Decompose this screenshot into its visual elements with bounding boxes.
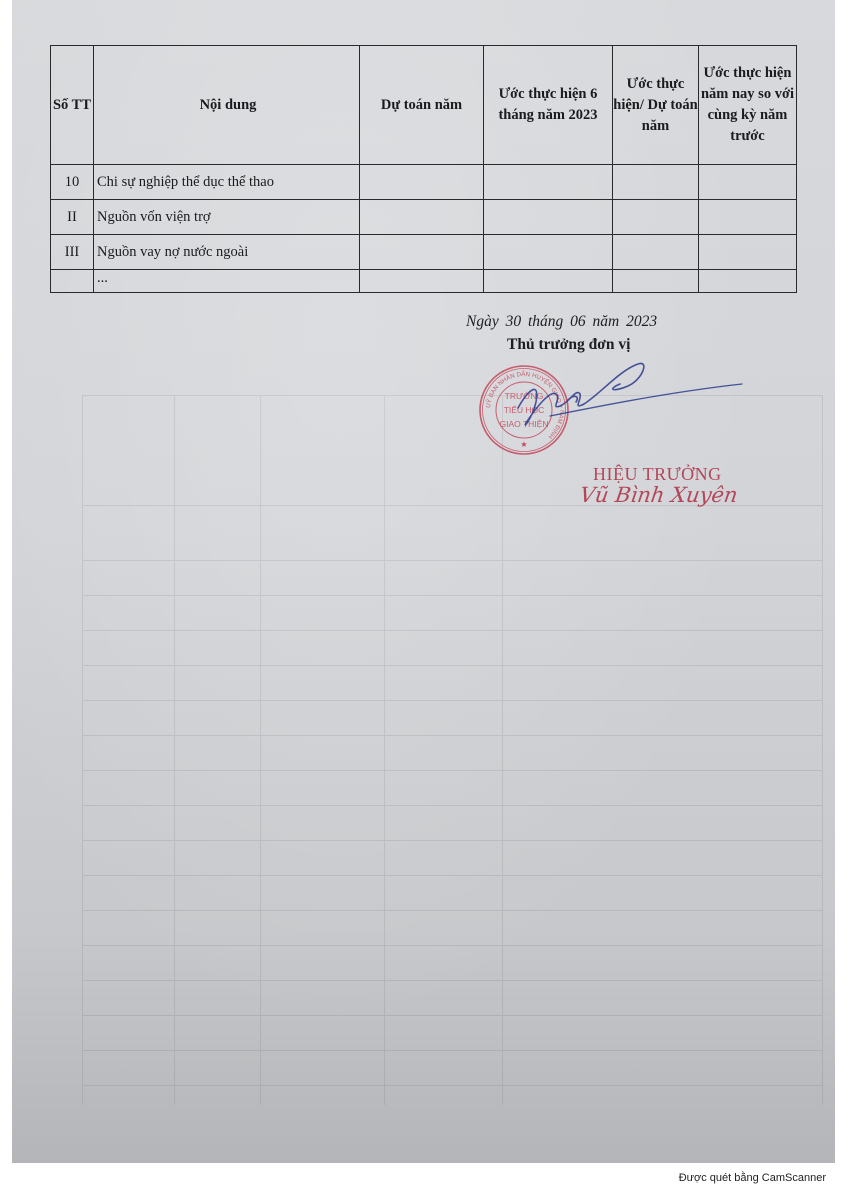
cell-uoc-du-toan [613, 235, 699, 270]
signer-role: HIỆU TRƯỞNG [593, 464, 722, 485]
scanner-credit: Được quét bằng CamScanner [679, 1172, 826, 1184]
cell-tt: II [51, 200, 94, 235]
cell-content: Chi sự nghiệp thể dục thể thao [94, 165, 360, 200]
cell-du-toan [360, 165, 484, 200]
header-noi-dung: Nội dung [94, 46, 360, 165]
cell-so-cung-ky [699, 235, 797, 270]
cell-tt: III [51, 235, 94, 270]
cell-content: Nguồn vốn viện trợ [94, 200, 360, 235]
cell-tt [51, 270, 94, 293]
cell-so-cung-ky [699, 165, 797, 200]
cell-uoc-6-thang [484, 235, 613, 270]
cell-uoc-du-toan [613, 270, 699, 293]
budget-table: Số TT Nội dung Dự toán năm Ước thực hiện… [50, 45, 797, 293]
cell-content: ... [94, 270, 360, 293]
signature-date: Ngày 30 tháng 06 năm 2023 [466, 313, 657, 331]
table-row: II Nguồn vốn viện trợ [51, 200, 797, 235]
header-du-toan-nam: Dự toán năm [360, 46, 484, 165]
table-row: III Nguồn vay nợ nước ngoài [51, 235, 797, 270]
header-so-cung-ky: Ước thực hiện năm nay so với cùng kỳ năm… [699, 46, 797, 165]
cell-tt: 10 [51, 165, 94, 200]
header-uoc-6-thang: Ước thực hiện 6 tháng năm 2023 [484, 46, 613, 165]
cell-du-toan [360, 235, 484, 270]
cell-uoc-6-thang [484, 270, 613, 293]
cell-uoc-6-thang [484, 165, 613, 200]
cell-du-toan [360, 270, 484, 293]
cell-uoc-du-toan [613, 165, 699, 200]
table-header-row: Số TT Nội dung Dự toán năm Ước thực hiện… [51, 46, 797, 165]
header-so-tt: Số TT [51, 46, 94, 165]
cell-du-toan [360, 200, 484, 235]
cell-content: Nguồn vay nợ nước ngoài [94, 235, 360, 270]
cell-uoc-6-thang [484, 200, 613, 235]
cell-so-cung-ky [699, 200, 797, 235]
cell-uoc-du-toan [613, 200, 699, 235]
signer-name: Vũ Bình Xuyên [578, 483, 739, 507]
table-row: ... [51, 270, 797, 293]
handwritten-signature [510, 350, 750, 450]
header-uoc-du-toan: Ước thực hiện/ Dự toán năm [613, 46, 699, 165]
cell-so-cung-ky [699, 270, 797, 293]
table-row: 10 Chi sự nghiệp thể dục thể thao [51, 165, 797, 200]
